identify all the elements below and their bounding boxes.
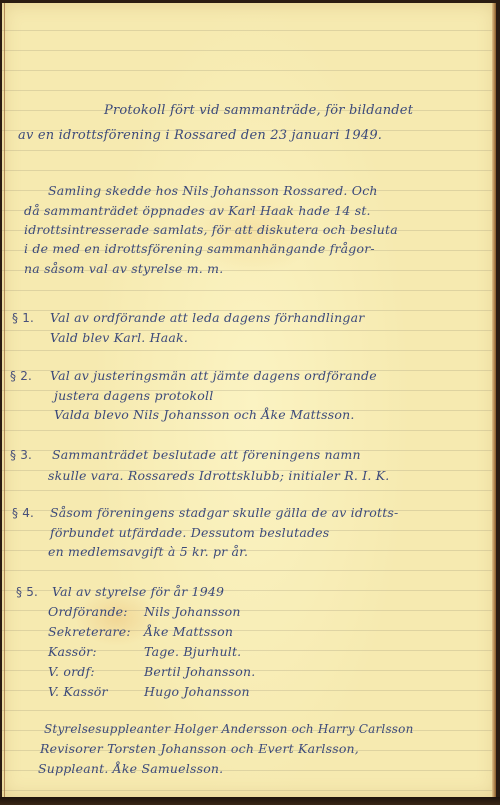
- closing-line-3: Suppleant. Åke Samuelsson.: [38, 761, 223, 777]
- intro-line-5: na såsom val av styrelse m. m.: [24, 261, 223, 277]
- section-3-number: § 3.: [10, 447, 32, 463]
- section-1-line-2: Vald blev Karl. Haak.: [50, 330, 188, 346]
- intro-line-2: då sammanträdet öppnades av Karl Haak ha…: [24, 203, 371, 219]
- board-name: Nils Johansson: [144, 604, 241, 619]
- board-row: V. KassörHugo Johansson: [48, 684, 250, 700]
- left-margin-line: [4, 3, 5, 797]
- section-4-number: § 4.: [12, 505, 34, 521]
- intro-line-3: idrottsintresserade samlats, för att dis…: [24, 222, 398, 238]
- section-5-number: § 5.: [16, 584, 38, 600]
- closing-line-1: Styrelsesuppleanter Holger Andersson och…: [44, 721, 414, 737]
- board-role: Ordförande:: [48, 604, 144, 620]
- book-cover-edge: [0, 797, 500, 805]
- section-2-line-3: Valda blevo Nils Johansson och Åke Matts…: [54, 407, 355, 423]
- board-row: Sekreterare:Åke Mattsson: [48, 624, 233, 640]
- board-role: Kassör:: [48, 644, 144, 660]
- closing-line-2: Revisorer Torsten Johansson och Evert Ka…: [40, 741, 359, 757]
- section-4-line-1: Såsom föreningens stadgar skulle gälla d…: [50, 505, 398, 521]
- page-edge: [492, 3, 496, 797]
- board-role: V. ordf:: [48, 664, 144, 680]
- board-name: Tage. Bjurhult.: [144, 644, 241, 659]
- notebook-page: Protokoll fört vid sammanträde, för bild…: [2, 3, 496, 797]
- intro-line-4: i de med en idrottsförening sammanhängan…: [24, 241, 375, 257]
- section-4-line-2: förbundet utfärdade. Dessutom beslutades: [50, 525, 329, 541]
- section-5-heading: Val av styrelse för år 1949: [52, 584, 224, 600]
- section-3-line-1: Sammanträdet beslutade att föreningens n…: [52, 447, 361, 463]
- title-line-1: Protokoll fört vid sammanträde, för bild…: [104, 103, 413, 119]
- section-1-line-1: Val av ordförande att leda dagens förhan…: [50, 310, 364, 326]
- section-4-line-3: en medlemsavgift à 5 kr. pr år.: [48, 544, 248, 560]
- board-row: Kassör:Tage. Bjurhult.: [48, 644, 241, 660]
- board-name: Bertil Johansson.: [144, 664, 255, 679]
- section-2-line-2: justera dagens protokoll: [54, 388, 213, 404]
- board-row: V. ordf:Bertil Johansson.: [48, 664, 255, 680]
- board-name: Åke Mattsson: [144, 624, 233, 639]
- board-row: Ordförande:Nils Johansson: [48, 604, 241, 620]
- board-role: Sekreterare:: [48, 624, 144, 640]
- board-name: Hugo Johansson: [144, 684, 250, 699]
- section-2-number: § 2.: [10, 368, 32, 384]
- section-3-line-2: skulle vara. Rossareds Idrottsklubb; ini…: [48, 468, 389, 484]
- section-1-number: § 1.: [12, 310, 34, 326]
- intro-line-1: Samling skedde hos Nils Johansson Rossar…: [48, 183, 378, 199]
- title-line-2: av en idrottsförening i Rossared den 23 …: [18, 128, 382, 144]
- board-role: V. Kassör: [48, 684, 144, 700]
- section-2-line-1: Val av justeringsmän att jämte dagens or…: [50, 368, 377, 384]
